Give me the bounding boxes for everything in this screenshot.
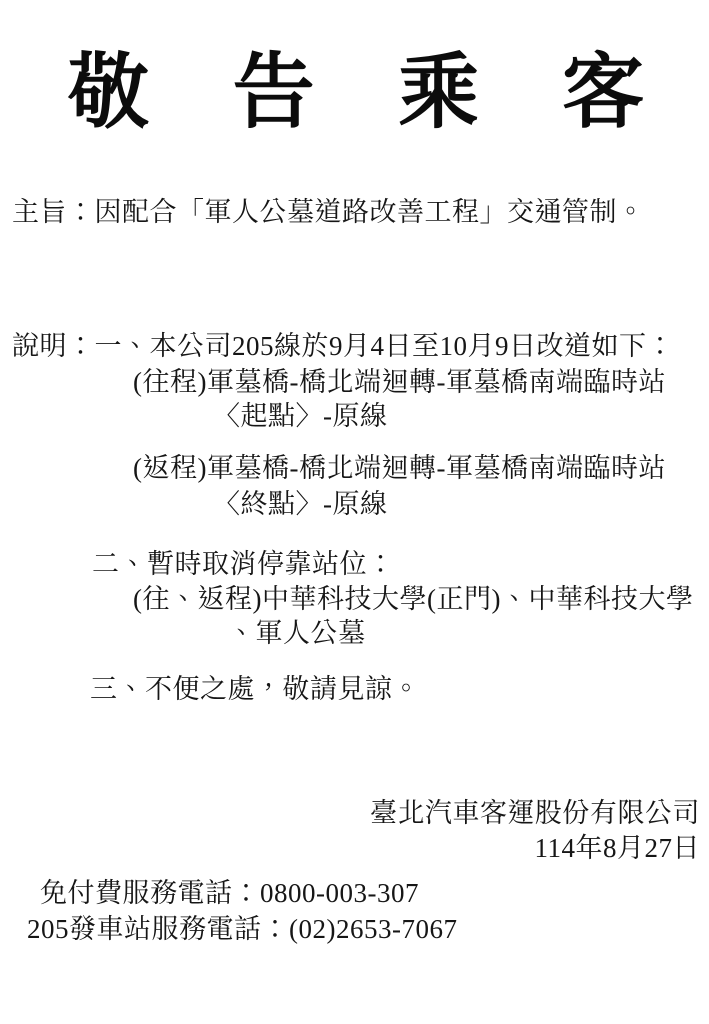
title-char-4: 客 (562, 48, 644, 138)
signature-date: 114年8月27日 (535, 832, 701, 864)
notice-title: 敬 告 乘 客 (68, 48, 644, 138)
title-char-3: 乘 (397, 48, 479, 138)
explanation-item1-reroute-period: 說明：一、本公司205線於9月4日至10月9日改道如下： (12, 330, 674, 362)
outbound-route-line: (往程)軍墓橋-橋北端迴轉-軍墓橋南端臨時站 (133, 366, 666, 398)
title-char-2: 告 (233, 48, 315, 138)
return-terminus-line: 〈終點〉-原線 (213, 488, 388, 520)
explanation-item3-apology: 三、不便之處，敬請見諒。 (90, 673, 420, 705)
outbound-origin-line: 〈起點〉-原線 (213, 400, 388, 432)
subject-line: 主旨：因配合「軍人公墓道路改善工程」交通管制。 (12, 196, 645, 228)
notice-document: 敬 告 乘 客 主旨：因配合「軍人公墓道路改善工程」交通管制。 說明：一、本公司… (0, 0, 709, 1024)
cancelled-stops-line2: 、軍人公墓 (228, 617, 366, 649)
cancelled-stops-line1: (往、返程)中華科技大學(正門)、中華科技大學 (133, 583, 693, 615)
explanation-item2-cancelled-stops-heading: 二、暫時取消停靠站位： (92, 548, 395, 580)
title-char-1: 敬 (68, 48, 150, 138)
toll-free-phone-line: 免付費服務電話：0800-003-307 (40, 877, 419, 909)
depot-phone-line: 205發車站服務電話：(02)2653-7067 (27, 913, 457, 945)
signature-company-name: 臺北汽車客運股份有限公司 (370, 797, 700, 829)
return-route-line: (返程)軍墓橋-橋北端迴轉-軍墓橋南端臨時站 (133, 452, 666, 484)
